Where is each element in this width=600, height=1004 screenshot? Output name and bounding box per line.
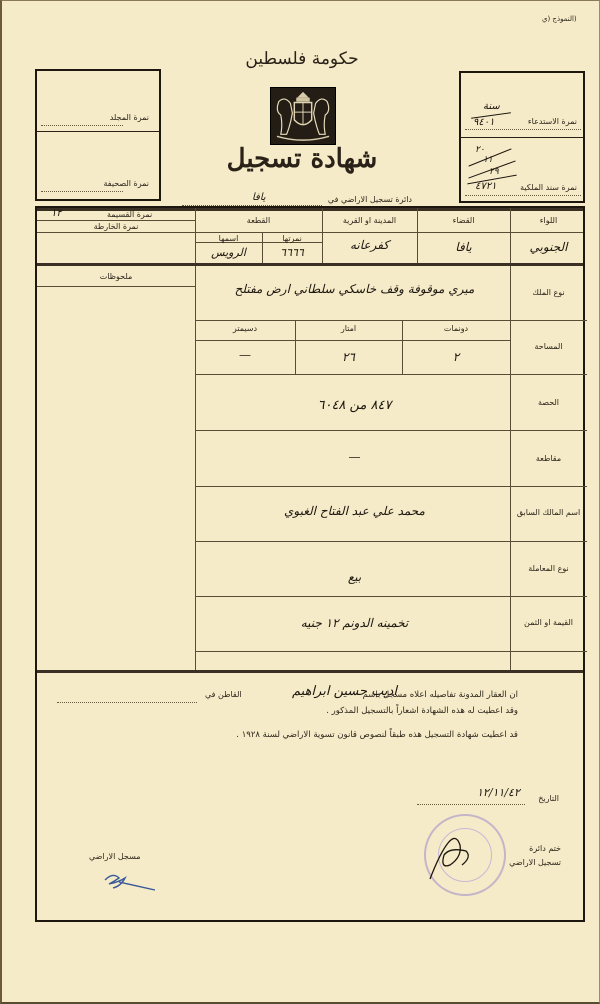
muqataa-value: —	[207, 450, 502, 464]
office-label: دائرة تسجيل الاراضي في	[328, 195, 412, 204]
resident-dotline	[57, 702, 197, 703]
district-header: اللواء	[510, 216, 587, 225]
notes-label: ملحوظات	[37, 272, 195, 281]
property-type-label: نوع الملك	[510, 288, 587, 297]
district-value: الجنوبي	[510, 240, 587, 254]
value-label: القيمة او الثمن	[510, 618, 587, 627]
application-divider	[461, 137, 583, 138]
plot-number-value: ١٢	[51, 208, 62, 219]
dunams-header: دونمات	[402, 324, 510, 333]
row-divider-1	[195, 320, 587, 321]
town-header: المدينة او القرية	[322, 216, 417, 225]
meters-value: ٢٦	[295, 350, 402, 364]
area-label: المساحة	[510, 342, 587, 351]
map-number-label: نمرة الخارطة	[37, 222, 195, 231]
share-value: ٨٤٧ من ٦٠٤٨	[207, 398, 502, 413]
row-divider-6	[195, 596, 587, 597]
deed-value: ٤٧٢١	[475, 181, 496, 192]
meters-header: امتار	[295, 324, 402, 333]
decimeters-header: دسيمتر	[195, 324, 295, 333]
application-annotation: سنة	[483, 101, 500, 112]
plot-number-label: نمرة القسيمة	[107, 210, 152, 219]
footer-line2: وقد اعطيت له هذه الشهادة اشعاراً بالتسجي…	[326, 706, 518, 716]
area-sub-divider	[195, 340, 510, 341]
value-value: تخمينه الدونم ١٢ جنيه	[207, 616, 502, 630]
application-label: نمرة الاستدعاء	[528, 117, 577, 126]
row-divider-7	[195, 651, 587, 652]
parcel-name-value: الرويس	[195, 246, 262, 259]
date-dotline	[417, 804, 525, 805]
application-dotline	[465, 129, 581, 130]
form-tag: (النموذج (ي	[542, 15, 577, 23]
parcel-header: القطعة	[195, 216, 322, 225]
share-label: الحصة	[510, 398, 587, 407]
footer-top-rule	[37, 670, 583, 673]
seal-label-2: تسجيل الاراضي	[509, 858, 561, 867]
owner-name: اديب حسين ابراهيم	[292, 684, 397, 699]
row-divider-3	[195, 430, 587, 431]
registration-form: اللواء القضاء المدينة او القرية القطعة ن…	[35, 206, 585, 922]
certificate-page: (النموذج (ي حكومة فلسطين شهادة تسجيل دائ…	[0, 0, 600, 1004]
previous-owner-value: محمد علي عبد الفتاح الغبوي	[207, 504, 502, 518]
dunams-value: ٢	[402, 350, 510, 364]
volume-page-box: نمرة المجلد نمرة الصحيفة	[35, 69, 161, 201]
registrar-signature-icon	[99, 868, 159, 894]
government-title: حكومة فلسطين	[232, 49, 372, 69]
plot-sub-divider	[37, 220, 195, 221]
application-value: ٩٤٠١	[473, 117, 494, 128]
town-value: كفرعانه	[322, 238, 417, 252]
row-divider-5	[195, 541, 587, 542]
parcel-name-header: اسمها	[195, 234, 262, 243]
row-divider-4	[195, 486, 587, 487]
subdistrict-value: يافا	[417, 240, 510, 254]
office-value: يافا	[252, 192, 266, 203]
muqataa-label: مقاطعة	[510, 454, 587, 463]
row-divider-2	[195, 374, 587, 375]
page-label: نمرة الصحيفة	[103, 179, 149, 188]
loc-header-divider	[37, 232, 583, 233]
resident-in-label: القاطن في	[205, 690, 242, 699]
property-type-value: ميري موقوفة وقف خاسكي سلطاني ارض مفتلح	[207, 282, 502, 296]
registrar-label: مسجل الاراضي	[89, 852, 141, 861]
coat-of-arms-icon	[270, 87, 336, 145]
date-label: التاريخ	[538, 794, 559, 803]
details-label-vline	[510, 266, 511, 670]
parcel-number-header: نمرتها	[262, 234, 322, 243]
certificate-title: شهادة تسجيل	[202, 144, 402, 174]
seal-signature-icon	[426, 823, 476, 883]
parcel-number-value: ٦٦٦٦	[262, 246, 322, 259]
subdistrict-header: القضاء	[417, 216, 510, 225]
previous-owner-label: اسم المالك السابق	[510, 508, 587, 517]
notes-header-divider	[37, 286, 195, 287]
volume-dotline	[41, 125, 123, 126]
date-value: ١٢/١١/٤٢	[477, 786, 520, 799]
seal-label-1: ختم دائرة	[529, 844, 561, 853]
decimeters-value: —	[195, 348, 295, 362]
transaction-type-label: نوع المعاملة	[510, 564, 587, 573]
application-deed-box: سنة نمرة الاستدعاء ٩٤٠١ ٢٠ ١١ ٢٩ نمرة سن…	[459, 71, 585, 203]
volume-label: نمرة المجلد	[110, 113, 149, 122]
deed-dotline	[465, 195, 581, 196]
loc-bottom-rule	[37, 263, 583, 266]
footer-line3: قد اعطيت شهادة التسجيل هذه طبقاً لنصوص ق…	[236, 730, 518, 740]
transaction-type-value: بيع	[207, 570, 502, 584]
volume-divider	[37, 131, 159, 132]
deed-fraction-1: ٢٠	[475, 145, 485, 155]
page-dotline	[41, 191, 123, 192]
deed-label: نمرة سند الملكية	[520, 183, 577, 192]
